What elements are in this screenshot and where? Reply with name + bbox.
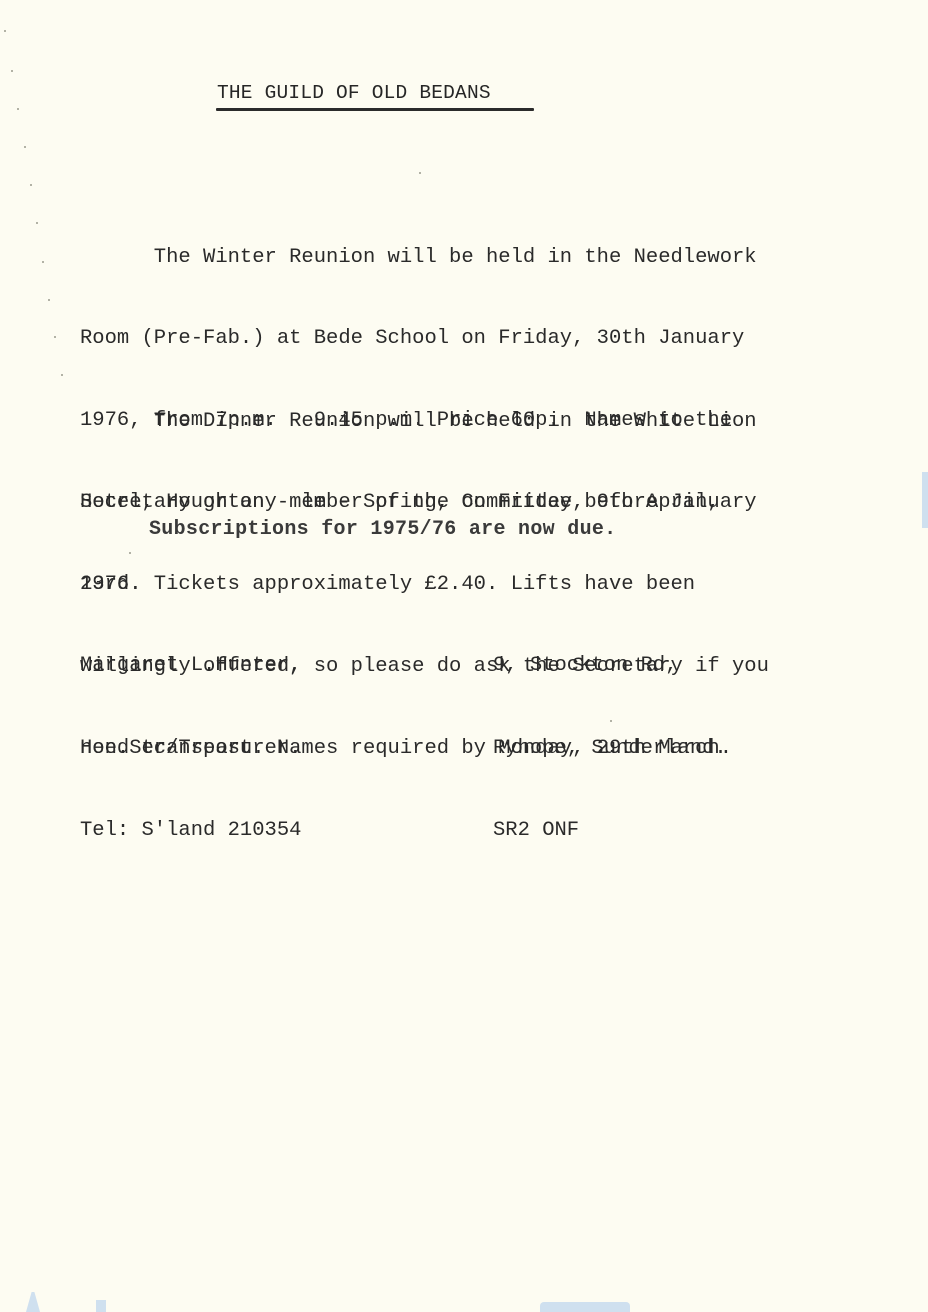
paragraph-line: Room (Pre-Fab.) at Bede School on Friday… <box>80 325 880 352</box>
paper-speck <box>42 261 44 263</box>
paragraph-line: The Winter Reunion will be held in the N… <box>80 244 880 271</box>
document-title: THE GUILD OF OLD BEDANS <box>217 82 491 104</box>
title-underline <box>216 108 534 111</box>
signature-name: Margaret L.Hunter, <box>80 652 301 680</box>
address-postcode: SR2 ONF <box>493 817 727 845</box>
subscriptions-notice: Subscriptions for 1975/76 are now due. <box>149 518 616 541</box>
paper-speck <box>24 146 26 148</box>
scan-edge-mark <box>96 1300 106 1312</box>
address-block: 9, Stockton Rd, Ryhope, Sunderland. SR2 … <box>493 597 727 900</box>
address-line-1: 9, Stockton Rd, <box>493 652 727 680</box>
paper-speck <box>36 222 38 224</box>
paragraph-line: The Dinner Reunion will be held in the W… <box>80 408 880 435</box>
paragraph-line: Hotel, Houghton - le - Spring, on Friday… <box>80 489 880 516</box>
paper-speck <box>54 336 56 338</box>
scan-edge-mark <box>540 1302 630 1312</box>
address-line-2: Ryhope, Sunderland. <box>493 735 727 763</box>
paper-speck <box>419 172 421 174</box>
paper-speck <box>4 30 6 32</box>
document-page: THE GUILD OF OLD BEDANS The Winter Reuni… <box>0 0 928 1312</box>
scan-edge-mark <box>922 472 928 528</box>
signature-block: Margaret L.Hunter, Hon.Sec/Treasurer. Te… <box>80 597 301 900</box>
signature-phone: Tel: S'land 210354 <box>80 817 301 845</box>
paper-speck <box>30 184 32 186</box>
paper-speck <box>11 70 13 72</box>
signature-role: Hon.Sec/Treasurer. <box>80 735 301 763</box>
paragraph-line: 1976. Tickets approximately £2.40. Lifts… <box>80 571 880 598</box>
paper-speck <box>17 108 19 110</box>
paper-speck <box>48 299 50 301</box>
paper-speck <box>61 374 63 376</box>
scan-edge-mark <box>26 1292 40 1312</box>
